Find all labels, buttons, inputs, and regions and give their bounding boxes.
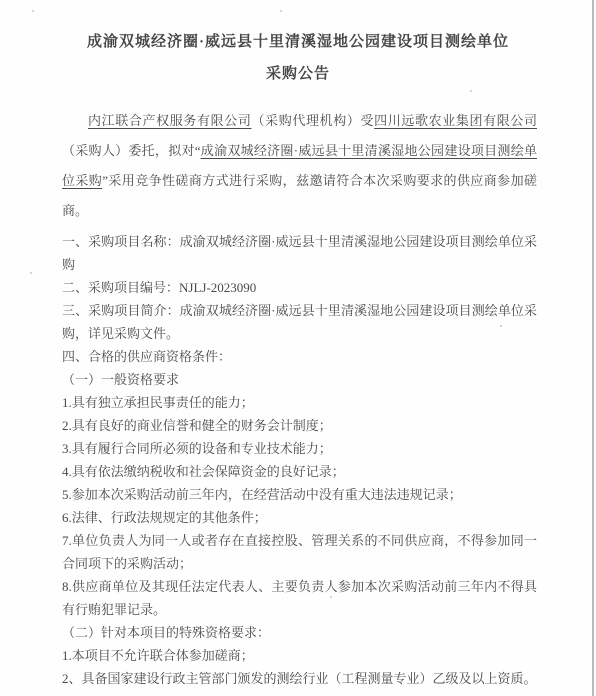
- paragraph: 三、采购项目简介：成渝双城经济圈·威远县十里清溪湿地公园建设项目测绘单位采购，详…: [62, 299, 537, 345]
- paragraph: 6.法律、行政法规规定的其他条件；: [62, 506, 537, 529]
- paragraph: 7.单位负责人为同一人或者存在直接控股、管理关系的不同供应商，不得参加同一合同项…: [62, 529, 537, 575]
- paragraph: 四、合格的供应商资格条件：: [62, 345, 537, 368]
- text-segment: （采购代理机构）受: [251, 113, 374, 128]
- paragraph: （二）针对本项目的特殊资格要求：: [62, 621, 537, 644]
- paragraph: 8.供应商单位及其现任法定代表人、主要负责人参加本次采购活动前三年内不得具有行贿…: [62, 575, 537, 621]
- paragraph: 4.具有依法缴纳税收和社会保障资金的良好记录；: [62, 460, 537, 483]
- scan-edge-line: [592, 0, 594, 696]
- paragraph: （一）一般资格要求: [62, 368, 537, 391]
- document-body: 内江联合产权服务有限公司（采购代理机构）受四川远歌农业集团有限公司（采购人）委托…: [62, 106, 537, 690]
- scan-speck: [470, 90, 472, 92]
- paragraph: 1.具有独立承担民事责任的能力；: [62, 391, 537, 414]
- text-segment: ”采用竞争性磋商方式进行采购，兹邀请符合本次采购要求的供应商参加磋商。: [62, 173, 537, 218]
- scan-speck: [500, 325, 502, 327]
- scan-speck: [32, 10, 34, 12]
- paragraph: 1.本项目不允许联合体参加磋商；: [62, 644, 537, 667]
- title-line-1: 成渝双城经济圈·威远县十里清溪湿地公园建设项目测绘单位: [0, 26, 596, 58]
- paragraph: 5.参加本次采购活动前三年内，在经营活动中没有重大违法违规记录；: [62, 483, 537, 506]
- paragraph: 一、采购项目名称：成渝双城经济圈·威远县十里清溪湿地公园建设项目测绘单位采购: [62, 230, 537, 276]
- underlined-text: 四川远歌农业集团有限公司: [374, 113, 537, 128]
- paragraph-list: 一、采购项目名称：成渝双城经济圈·威远县十里清溪湿地公园建设项目测绘单位采购二、…: [62, 230, 537, 690]
- scan-speck: [330, 596, 332, 598]
- underlined-text: 内江联合产权服务有限公司: [88, 113, 251, 128]
- intro-paragraph: 内江联合产权服务有限公司（采购代理机构）受四川远歌农业集团有限公司（采购人）委托…: [62, 106, 537, 226]
- title-line-2: 采购公告: [0, 58, 596, 90]
- scan-speck: [30, 272, 32, 274]
- paragraph: 二、采购项目编号：NJLJ-2023090: [62, 276, 537, 299]
- scan-speck: [280, 10, 282, 12]
- document-title: 成渝双城经济圈·威远县十里清溪湿地公园建设项目测绘单位 采购公告: [0, 26, 596, 90]
- paragraph: 3.具有履行合同所必须的设备和专业技术能力；: [62, 437, 537, 460]
- scanned-page: 成渝双城经济圈·威远县十里清溪湿地公园建设项目测绘单位 采购公告 内江联合产权服…: [0, 0, 596, 696]
- paragraph: 2、具备国家建设行政主管部门颁发的测绘行业（工程测量专业）乙级及以上资质。: [62, 667, 537, 690]
- paragraph: 2.具有良好的商业信誉和健全的财务会计制度；: [62, 414, 537, 437]
- text-segment: （采购人）委托，拟对“: [62, 143, 201, 158]
